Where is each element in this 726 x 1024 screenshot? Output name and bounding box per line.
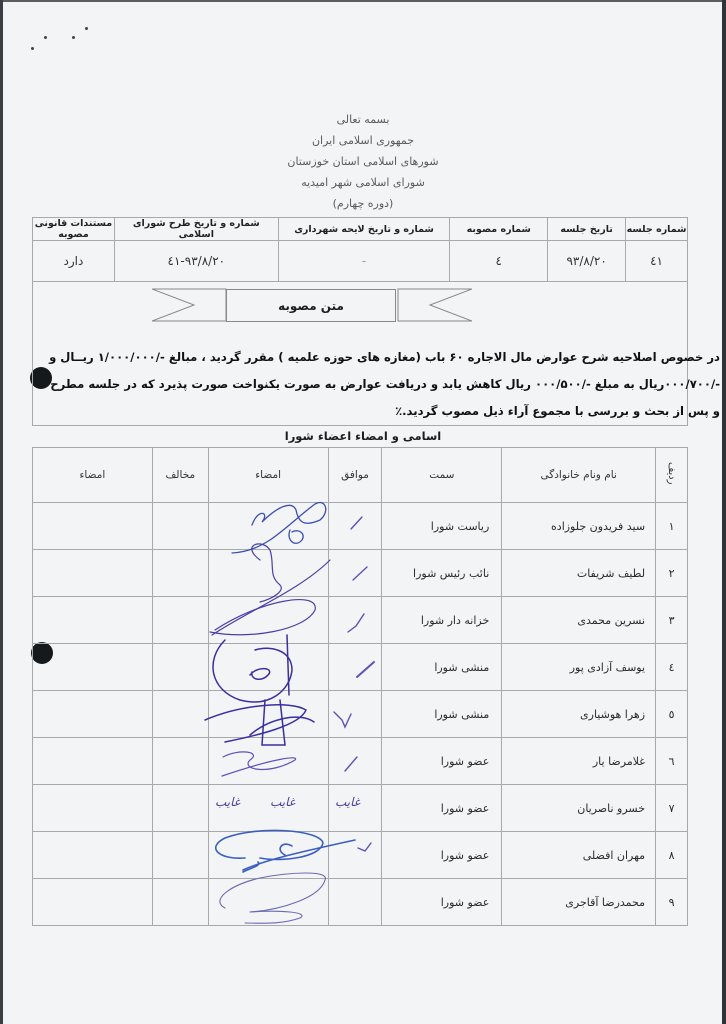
members-title: اسامی و امضاء اعضاء شورا bbox=[213, 429, 513, 443]
heading-line: شورهای اسلامی استان خوزستان bbox=[213, 155, 513, 168]
oppose-signature bbox=[33, 503, 153, 550]
agree-signature bbox=[208, 597, 328, 644]
oppose-signature bbox=[33, 597, 153, 644]
member-row: ۹ محمدرضا آقاجری عضو شورا bbox=[33, 879, 688, 926]
member-name: لطیف شریفات bbox=[502, 550, 656, 597]
agree-mark bbox=[328, 550, 382, 597]
resolution-text: در خصوص اصلاحیه شرح عوارض مال الاجاره ۶۰… bbox=[34, 344, 720, 425]
oppose-mark bbox=[152, 503, 208, 550]
scanned-page: بسمه تعالی جمهوری اسلامی ایران شورهای اس… bbox=[0, 0, 726, 1024]
oppose-mark bbox=[152, 738, 208, 785]
oppose-mark bbox=[152, 597, 208, 644]
scan-edge-right bbox=[722, 0, 726, 1024]
member-role: عضو شورا bbox=[382, 879, 502, 926]
oppose-signature bbox=[33, 644, 153, 691]
col-council-plan: شماره و تاریخ طرح شورای اسلامی bbox=[114, 218, 278, 241]
oppose-mark bbox=[152, 644, 208, 691]
member-row: ۲ لطیف شریفات نائب رئیس شورا bbox=[33, 550, 688, 597]
row-number: ٤ bbox=[656, 644, 688, 691]
member-row: ٤ یوسف آزادی پور منشی شورا bbox=[33, 644, 688, 691]
col-session-number: شماره جلسه bbox=[626, 218, 688, 241]
oppose-signature bbox=[33, 785, 153, 832]
member-name: محمدرضا آقاجری bbox=[502, 879, 656, 926]
row-number: ۸ bbox=[656, 832, 688, 879]
heading-line: (دوره چهارم) bbox=[213, 197, 513, 210]
heading-line: جمهوری اسلامی ایران bbox=[213, 134, 513, 147]
member-name: زهرا هوشیاری bbox=[502, 691, 656, 738]
member-row: ٦ غلامرضا یار عضو شورا bbox=[33, 738, 688, 785]
oppose-signature bbox=[33, 691, 153, 738]
row-number: ٥ bbox=[656, 691, 688, 738]
row-number: ۲ bbox=[656, 550, 688, 597]
member-row: ۱ سید فریدون جلوزاده ریاست شورا bbox=[33, 503, 688, 550]
heading-line: شورای اسلامی شهر امیدیه bbox=[213, 176, 513, 189]
agree-signature bbox=[208, 879, 328, 926]
col-row-number: ردیف bbox=[656, 448, 688, 503]
col-oppose: مخالف bbox=[152, 448, 208, 503]
member-name: یوسف آزادی پور bbox=[502, 644, 656, 691]
member-role: منشی شورا bbox=[382, 644, 502, 691]
agree-mark bbox=[328, 879, 382, 926]
member-role: ریاست شورا bbox=[382, 503, 502, 550]
agree-signature bbox=[208, 503, 328, 550]
scan-speck bbox=[72, 36, 75, 39]
oppose-mark bbox=[152, 550, 208, 597]
row-number: ۱ bbox=[656, 503, 688, 550]
oppose-signature bbox=[33, 550, 153, 597]
resolution-line: و پس از بحث و بررسی با مجموع آراء ذیل مص… bbox=[34, 398, 720, 425]
resolution-line: -/۰۰۰/۷۰۰ریال به مبلغ -/۰۰۰/۵۰۰ ریال کاه… bbox=[34, 371, 720, 398]
scan-speck bbox=[85, 27, 88, 30]
absent-note-signature: غایب bbox=[270, 795, 295, 809]
agree-mark bbox=[328, 738, 382, 785]
member-role: خزانه دار شورا bbox=[382, 597, 502, 644]
col-agree: موافق bbox=[328, 448, 382, 503]
resolution-title: متن مصوبه bbox=[226, 289, 396, 322]
agree-mark bbox=[328, 691, 382, 738]
absent-note-signature: غایب bbox=[215, 795, 240, 809]
oppose-mark bbox=[152, 832, 208, 879]
scan-speck bbox=[31, 47, 34, 50]
oppose-mark bbox=[152, 879, 208, 926]
oppose-signature bbox=[33, 738, 153, 785]
agree-signature bbox=[208, 832, 328, 879]
member-role: عضو شورا bbox=[382, 832, 502, 879]
member-role: عضو شورا bbox=[382, 785, 502, 832]
oppose-signature bbox=[33, 832, 153, 879]
col-agree-signature: امضاء bbox=[208, 448, 328, 503]
agree-signature bbox=[208, 691, 328, 738]
col-resolution-number: شماره مصوبه bbox=[450, 218, 548, 241]
col-role: سمت bbox=[382, 448, 502, 503]
row-number: ۷ bbox=[656, 785, 688, 832]
absent-note: غایب bbox=[335, 795, 360, 809]
oppose-mark bbox=[152, 691, 208, 738]
member-row: ٥ زهرا هوشیاری منشی شورا bbox=[33, 691, 688, 738]
col-oppose-signature: امضاء bbox=[33, 448, 153, 503]
member-name: خسرو ناصریان bbox=[502, 785, 656, 832]
member-role: نائب رئیس شورا bbox=[382, 550, 502, 597]
member-name: نسرین محمدی bbox=[502, 597, 656, 644]
member-row: ۸ مهران افضلی عضو شورا bbox=[33, 832, 688, 879]
member-name: غلامرضا یار bbox=[502, 738, 656, 785]
agree-mark bbox=[328, 503, 382, 550]
heading-line: بسمه تعالی bbox=[213, 113, 513, 126]
oppose-mark bbox=[152, 785, 208, 832]
member-name: مهران افضلی bbox=[502, 832, 656, 879]
col-session-date: تاریخ جلسه bbox=[548, 218, 626, 241]
col-legal-basis: مستندات قانونی مصوبه bbox=[33, 218, 115, 241]
row-number: ۳ bbox=[656, 597, 688, 644]
member-row: ۳ نسرین محمدی خزانه دار شورا bbox=[33, 597, 688, 644]
agree-mark bbox=[328, 832, 382, 879]
col-name: نام ونام خانوادگی bbox=[502, 448, 656, 503]
row-number: ۹ bbox=[656, 879, 688, 926]
col-municipal-bill: شماره و تاریخ لایحه شهرداری bbox=[278, 218, 450, 241]
scan-edge-left bbox=[0, 0, 3, 1024]
row-number: ٦ bbox=[656, 738, 688, 785]
agree-signature bbox=[208, 550, 328, 597]
scan-speck bbox=[44, 36, 47, 39]
member-role: عضو شورا bbox=[382, 738, 502, 785]
scan-edge-top bbox=[0, 0, 726, 2]
members-table: ردیف نام ونام خانوادگی سمت موافق امضاء م… bbox=[32, 447, 688, 926]
member-name: سید فریدون جلوزاده bbox=[502, 503, 656, 550]
agree-mark bbox=[328, 597, 382, 644]
agree-signature bbox=[208, 644, 328, 691]
member-role: منشی شورا bbox=[382, 691, 502, 738]
oppose-signature bbox=[33, 879, 153, 926]
resolution-line: در خصوص اصلاحیه شرح عوارض مال الاجاره ۶۰… bbox=[34, 344, 720, 371]
agree-signature bbox=[208, 738, 328, 785]
agree-mark bbox=[328, 644, 382, 691]
session-info-table: شماره جلسه تاریخ جلسه شماره مصوبه شماره … bbox=[32, 217, 688, 282]
